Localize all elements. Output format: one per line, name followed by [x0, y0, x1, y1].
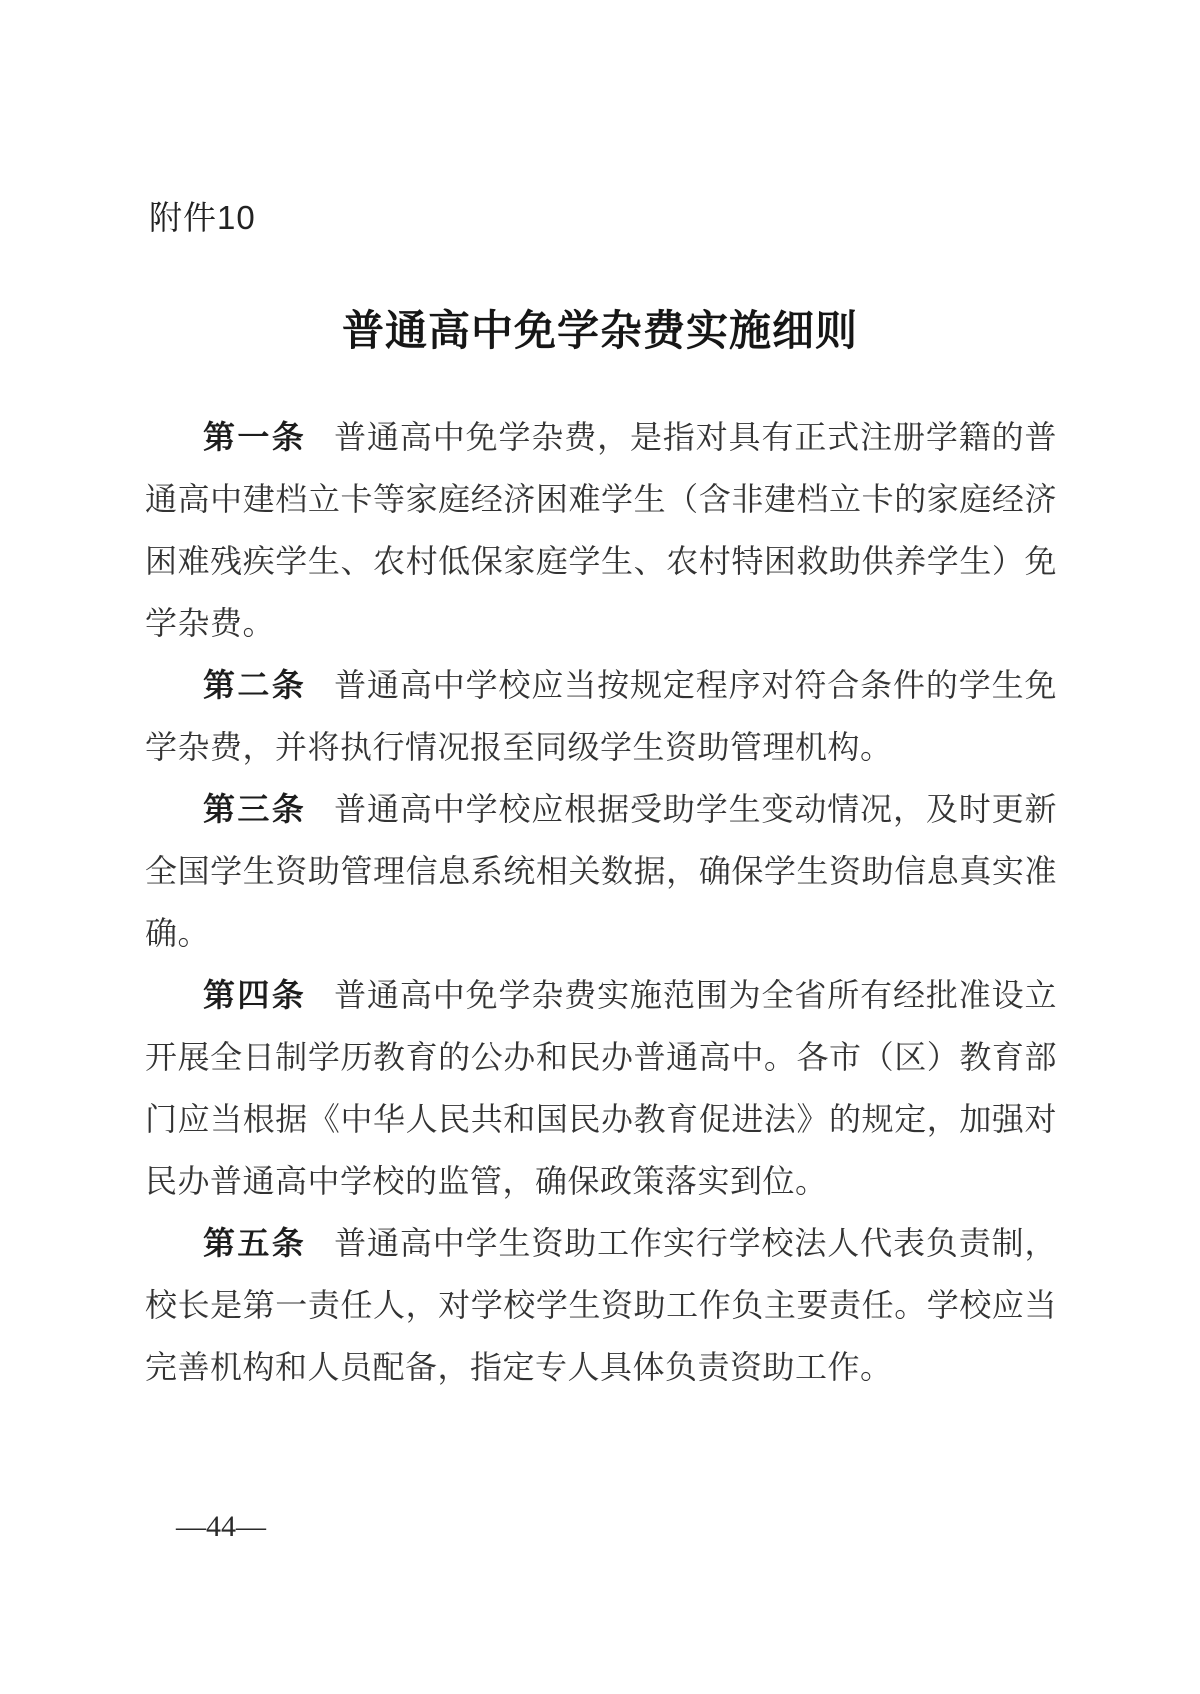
document-page: 附件10 普通高中免学杂费实施细则 第一条普通高中免学杂费，是指对具有正式注册学…: [0, 0, 1200, 1694]
article-4: 第四条普通高中免学杂费实施范围为全省所有经批准设立开展全日制学历教育的公办和民办…: [145, 964, 1057, 1212]
article-2: 第二条普通高中学校应当按规定程序对符合条件的学生免学杂费，并将执行情况报至同级学…: [145, 654, 1057, 778]
article-5: 第五条普通高中学生资助工作实行学校法人代表负责制，校长是第一责任人，对学校学生资…: [145, 1212, 1057, 1398]
document-title: 普通高中免学杂费实施细则: [0, 302, 1200, 362]
article-1: 第一条普通高中免学杂费，是指对具有正式注册学籍的普通高中建档立卡等家庭经济困难学…: [145, 406, 1057, 654]
attachment-label: 附件10: [149, 194, 256, 242]
article-5-label: 第五条: [203, 1225, 306, 1261]
article-4-label: 第四条: [203, 977, 306, 1013]
article-2-label: 第二条: [203, 667, 306, 703]
article-1-label: 第一条: [203, 419, 306, 455]
article-3-label: 第三条: [203, 791, 306, 827]
page-number: —44—: [176, 1505, 266, 1549]
document-body: 第一条普通高中免学杂费，是指对具有正式注册学籍的普通高中建档立卡等家庭经济困难学…: [145, 406, 1057, 1398]
article-3: 第三条普通高中学校应根据受助学生变动情况，及时更新全国学生资助管理信息系统相关数…: [145, 778, 1057, 964]
